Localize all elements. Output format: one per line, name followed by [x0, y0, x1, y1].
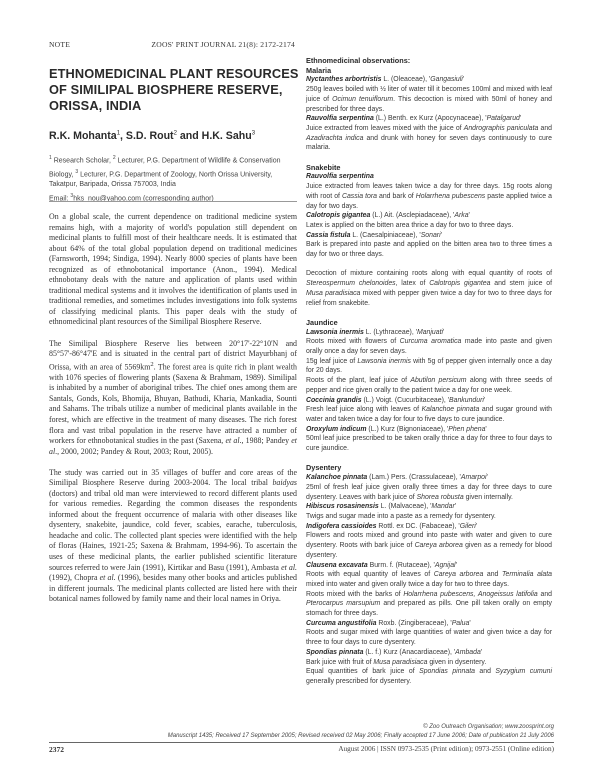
species-entry: Rauvolfia serpentina [306, 172, 552, 182]
text-run: and [475, 668, 495, 675]
text-run: (1992), Chopra [49, 573, 100, 582]
observations-column: Ethnomedicinal observations: Malaria Nyc… [306, 56, 552, 687]
italic-run: et al [225, 436, 239, 445]
text-run: generally prescribed for dysentery. [306, 678, 411, 685]
species-usage: Roots of the plant, leaf juice of Abutil… [306, 376, 552, 395]
text-run: and stem juice of [490, 280, 552, 287]
text-run: 15g leaf juice of [306, 358, 357, 365]
species-usage: 25ml of fresh leaf juice given orally th… [306, 483, 552, 502]
species-name: Oroxylum indicum [306, 426, 367, 433]
italic-run: et al. [281, 563, 297, 572]
species-usage: Flowers and roots mixed and ground into … [306, 531, 552, 560]
text-run: Juice extracted from leaves mixed with t… [306, 125, 464, 132]
species-usage: 15g leaf juice of Lawsonia inermis with … [306, 357, 552, 376]
journal-citation: ZOOS' PRINT JOURNAL 21(8): 2172-2174 [151, 40, 295, 49]
species-usage: Roots mixed with the barks of Holarrhena… [306, 590, 552, 619]
species-entry: Calotropis gigantea (L.) Ait. (Asclepiad… [306, 211, 552, 221]
issn-info: August 2006 | ISSN 0973-2535 (Print edit… [338, 745, 554, 753]
species-name: Indigofera cassioides [306, 523, 376, 530]
species-authority: (Lam.) Pers. (Crassulaceae), ' [367, 474, 461, 481]
spacer [306, 153, 552, 163]
italic-run: Syzygium cumuni [495, 668, 552, 675]
body-text-column: On a global scale, the current dependenc… [49, 212, 297, 605]
italic-run: Andrographis paniculata [464, 125, 539, 132]
italic-run: Calotropis gigantea [429, 280, 490, 287]
species-authority: Roxb. (Zingiberaceae), ' [376, 620, 451, 627]
running-head: NOTE ZOOS' PRINT JOURNAL 21(8): 2172-217… [49, 40, 295, 52]
section-heading-snakebite: Snakebite [306, 163, 552, 173]
italic-run: Cassia tora [342, 193, 377, 200]
paragraph-methods: The study was carried out in 35 villages… [49, 468, 297, 605]
species-usage: 250g leaves boiled with ½ liter of water… [306, 85, 552, 114]
text-run: Roots with equal quantity of leaves of [306, 571, 434, 578]
species-entry: Cassia fistula L. (Caesalpiniaceae), 'So… [306, 231, 552, 241]
italic-run: Lawsonia inermis [357, 358, 411, 365]
quote: ' [476, 523, 477, 530]
local-name: Phen phena [448, 426, 485, 433]
species-name: Calotropis gigantea [306, 212, 370, 219]
species-usage: Latex is applied on the bitten area thri… [306, 221, 552, 231]
text-run: given internally. [464, 494, 513, 501]
section-heading-dysentery: Dysentery [306, 463, 552, 473]
species-entry: Nyctanthes arbortristis L. (Oleaceae), '… [306, 75, 552, 85]
affiliation-3: Lecturer, P.G. Department of Zoology, No… [49, 171, 272, 188]
species-authority: (L.) Benth. ex Kurz (Apocynaceae), ' [374, 115, 487, 122]
species-name: Lawsonia inermis [306, 329, 364, 336]
species-entry: Coccinia grandis (L.) Voigt. (Cucurbitac… [306, 396, 552, 406]
italic-run: Azadirachta indica [306, 135, 363, 142]
italic-run: Careya arborea [434, 571, 484, 578]
text-run: The study was carried out in 35 villages… [49, 468, 297, 488]
page-number: 2372 [49, 745, 64, 754]
text-run: Bark juice with fruit of [306, 659, 373, 666]
section-heading-jaundice: Jaundice [306, 318, 552, 328]
species-entry: Curcuma angustifolia Roxb. (Zingiberacea… [306, 619, 552, 629]
species-usage: Roots with equal quantity of leaves of C… [306, 570, 552, 589]
italic-run: Curcuma aromatica [400, 338, 462, 345]
text-run: Roots mixed with flowers of [306, 338, 400, 345]
italic-run: Stereospermum chelonoides [306, 280, 396, 287]
species-entry: Spondias pinnata (L. f.) Kurz (Anacardia… [306, 648, 552, 658]
text-run: and [538, 591, 552, 598]
species-entry: Indigofera cassioides Rottl. ex DC. (Fab… [306, 522, 552, 532]
author-separator: and [177, 130, 202, 142]
species-authority: (L.) Voigt. (Cucurbitaceae), ' [362, 397, 450, 404]
local-name: Arka [454, 212, 468, 219]
species-name: Rauvolfia serpentina [306, 173, 374, 180]
italic-run: Shorea robusta [417, 494, 464, 501]
species-name: Spondias pinnata [306, 649, 363, 656]
text-run: ., 2000, 2002; Pandey & Rout, 2003; Rout… [55, 447, 213, 456]
paragraph-study-area: The Similipal Biosphere Reserve lies bet… [49, 339, 297, 458]
species-usage: Twigs and sugar made into a paste as a r… [306, 512, 552, 522]
species-usage: Roots mixed with flowers of Curcuma arom… [306, 337, 552, 356]
species-authority: L. (Oleaceae), ' [381, 76, 430, 83]
species-authority: L. (Caesalpiniaceae), ' [350, 232, 420, 239]
local-name: Gangasiuli [430, 76, 463, 83]
species-authority: L. (Malvaceae), ' [379, 503, 432, 510]
text-run: Fresh leaf juice along with leaves of [306, 406, 422, 413]
text-run: and [538, 125, 552, 132]
species-name: Cassia fistula [306, 232, 350, 239]
text-run: ., 1988; Pandey [240, 436, 292, 445]
text-run: . The forest area is quite rich in plant… [49, 362, 297, 445]
paragraph-intro: On a global scale, the current dependenc… [49, 212, 297, 328]
italic-run: Abutilon persicum [410, 377, 466, 384]
local-name: Sonari [421, 232, 441, 239]
italic-run: Careya arborea [415, 542, 463, 549]
quote: ' [520, 115, 521, 122]
text-run: mixed into water and given orally twice … [306, 581, 509, 588]
spacer [306, 260, 552, 270]
quote: ' [463, 76, 464, 83]
local-name: Patalgarud [487, 115, 520, 122]
species-authority: Rottl. ex DC. (Fabaceae), ' [376, 523, 459, 530]
species-usage: Decoction of mixture containing roots al… [306, 269, 552, 308]
species-usage: Juice extracted from leaves mixed with t… [306, 124, 552, 153]
observations-heading: Ethnomedicinal observations: [306, 56, 552, 66]
copyright-notice: © Zoo Outreach Organisation; www.zoospri… [423, 724, 554, 730]
text-run: (doctors) and tribal old man were interv… [49, 489, 297, 572]
manuscript-history: Manuscript 1435; Received 17 September 2… [168, 733, 554, 739]
quote: ' [481, 649, 482, 656]
section-heading-malaria: Malaria [306, 66, 552, 76]
quote: ' [443, 329, 444, 336]
author-name: S.D. Rout [126, 130, 174, 142]
text-run: Roots mixed with the barks of [306, 591, 403, 598]
quote: ' [455, 503, 456, 510]
italic-run: et al. [100, 573, 116, 582]
species-entry: Lawsonia inermis L. (Lythraceae), 'Manju… [306, 328, 552, 338]
species-entry: Kalanchoe pinnata (Lam.) Pers. (Crassula… [306, 473, 552, 483]
species-name: Rauvolfia serpentina [306, 115, 374, 122]
author-name: H.K. Sahu [202, 130, 252, 142]
local-name: Ambada [455, 649, 481, 656]
quote: ' [469, 620, 470, 627]
quote: ' [441, 232, 442, 239]
local-name: Mandar [431, 503, 454, 510]
local-name: Amarpoi [461, 474, 487, 481]
italic-run: Musa paradisiaca [306, 290, 360, 297]
italic-run: Musa paradisiaca [373, 659, 427, 666]
text-run: and [483, 571, 502, 578]
species-usage: Juice extracted from leaves taken twice … [306, 182, 552, 211]
italic-run: Holarrhena pubescens, Anogeissus latifol… [403, 591, 537, 598]
text-run: Roots of the plant, leaf juice of [306, 377, 410, 384]
quote: ' [456, 562, 457, 569]
species-usage: Bark is prepared into paste and applied … [306, 240, 552, 259]
quote: ' [487, 474, 488, 481]
text-run: Decoction of mixture containing roots al… [306, 270, 552, 277]
affiliation-1: Research Scholar, [52, 157, 113, 164]
text-run: , latex of [396, 280, 430, 287]
text-run: given in dysentery. [427, 659, 486, 666]
text-run: Equal quantities of bark juice of [306, 668, 419, 675]
species-name: Curcuma angustifolia [306, 620, 376, 627]
quote: ' [484, 397, 485, 404]
italic-run: Ocimun tenuiflorum [332, 96, 393, 103]
affiliations: 1 Research Scholar, 2 Lecturer, P.G. Dep… [49, 153, 299, 205]
header-divider [49, 201, 297, 202]
species-authority: (L.) Ait. (Asclepiadaceae), ' [370, 212, 454, 219]
article-title: ETHNOMEDICINAL PLANT RESOURCES OF SIMILI… [49, 66, 299, 114]
italic-run: Kalanchoe pinnata [422, 406, 480, 413]
local-name: Manjuati [417, 329, 443, 336]
species-name: Hibiscus rosasinensis [306, 503, 379, 510]
italic-run: Holarrhena pubescens [416, 193, 485, 200]
species-usage: 50ml leaf juice prescribed to be taken o… [306, 434, 552, 453]
author-name: R.K. Mohanta [49, 130, 117, 142]
quote: ' [485, 426, 486, 433]
species-name: Clausena excavata [306, 562, 368, 569]
italic-run: Pterocarpus marsupium [306, 600, 380, 607]
italic-run: Spondias pinnata [419, 668, 475, 675]
spacer [306, 454, 552, 464]
text-run: and bark of [377, 193, 416, 200]
species-name: Nyctanthes arbortristis [306, 76, 381, 83]
local-name: Bankunduri [449, 397, 484, 404]
species-entry: Hibiscus rosasinensis L. (Malvaceae), 'M… [306, 502, 552, 512]
species-authority: Burm. f. (Rutaceae), ' [368, 562, 435, 569]
quote: ' [469, 212, 470, 219]
italic-run: Terminalia alata [502, 571, 552, 578]
species-usage: Equal quantities of bark juice of Spondi… [306, 667, 552, 686]
footer-divider [49, 742, 554, 743]
species-name: Kalanchoe pinnata [306, 474, 367, 481]
author-sup: 3 [252, 130, 255, 136]
species-authority: (L. f.) Kurz (Anacardiaceae), ' [363, 649, 455, 656]
section-label: NOTE [49, 40, 70, 49]
species-usage: Fresh leaf juice along with leaves of Ka… [306, 405, 552, 424]
spacer [306, 308, 552, 318]
local-name: Agnijal [435, 562, 456, 569]
species-authority: (L.) Kurz (Bignoniaceae), ' [367, 426, 449, 433]
species-name: Coccinia grandis [306, 397, 362, 404]
local-name: Gileri [460, 523, 476, 530]
italic-run: baidyas [272, 478, 297, 487]
species-entry: Rauvolfia serpentina (L.) Benth. ex Kurz… [306, 114, 552, 124]
local-name: Palua [452, 620, 470, 627]
author-list: R.K. Mohanta1, S.D. Rout2 and H.K. Sahu3 [49, 130, 299, 142]
species-usage: Roots and sugar mixed with large quantit… [306, 628, 552, 647]
species-usage: Bark juice with fruit of Musa paradisiac… [306, 658, 552, 668]
journal-page: NOTE ZOOS' PRINT JOURNAL 21(8): 2172-217… [0, 0, 600, 776]
species-entry: Oroxylum indicum (L.) Kurz (Bignoniaceae… [306, 425, 552, 435]
species-entry: Clausena excavata Burm. f. (Rutaceae), '… [306, 561, 552, 571]
species-authority: L. (Lythraceae), ' [364, 329, 417, 336]
